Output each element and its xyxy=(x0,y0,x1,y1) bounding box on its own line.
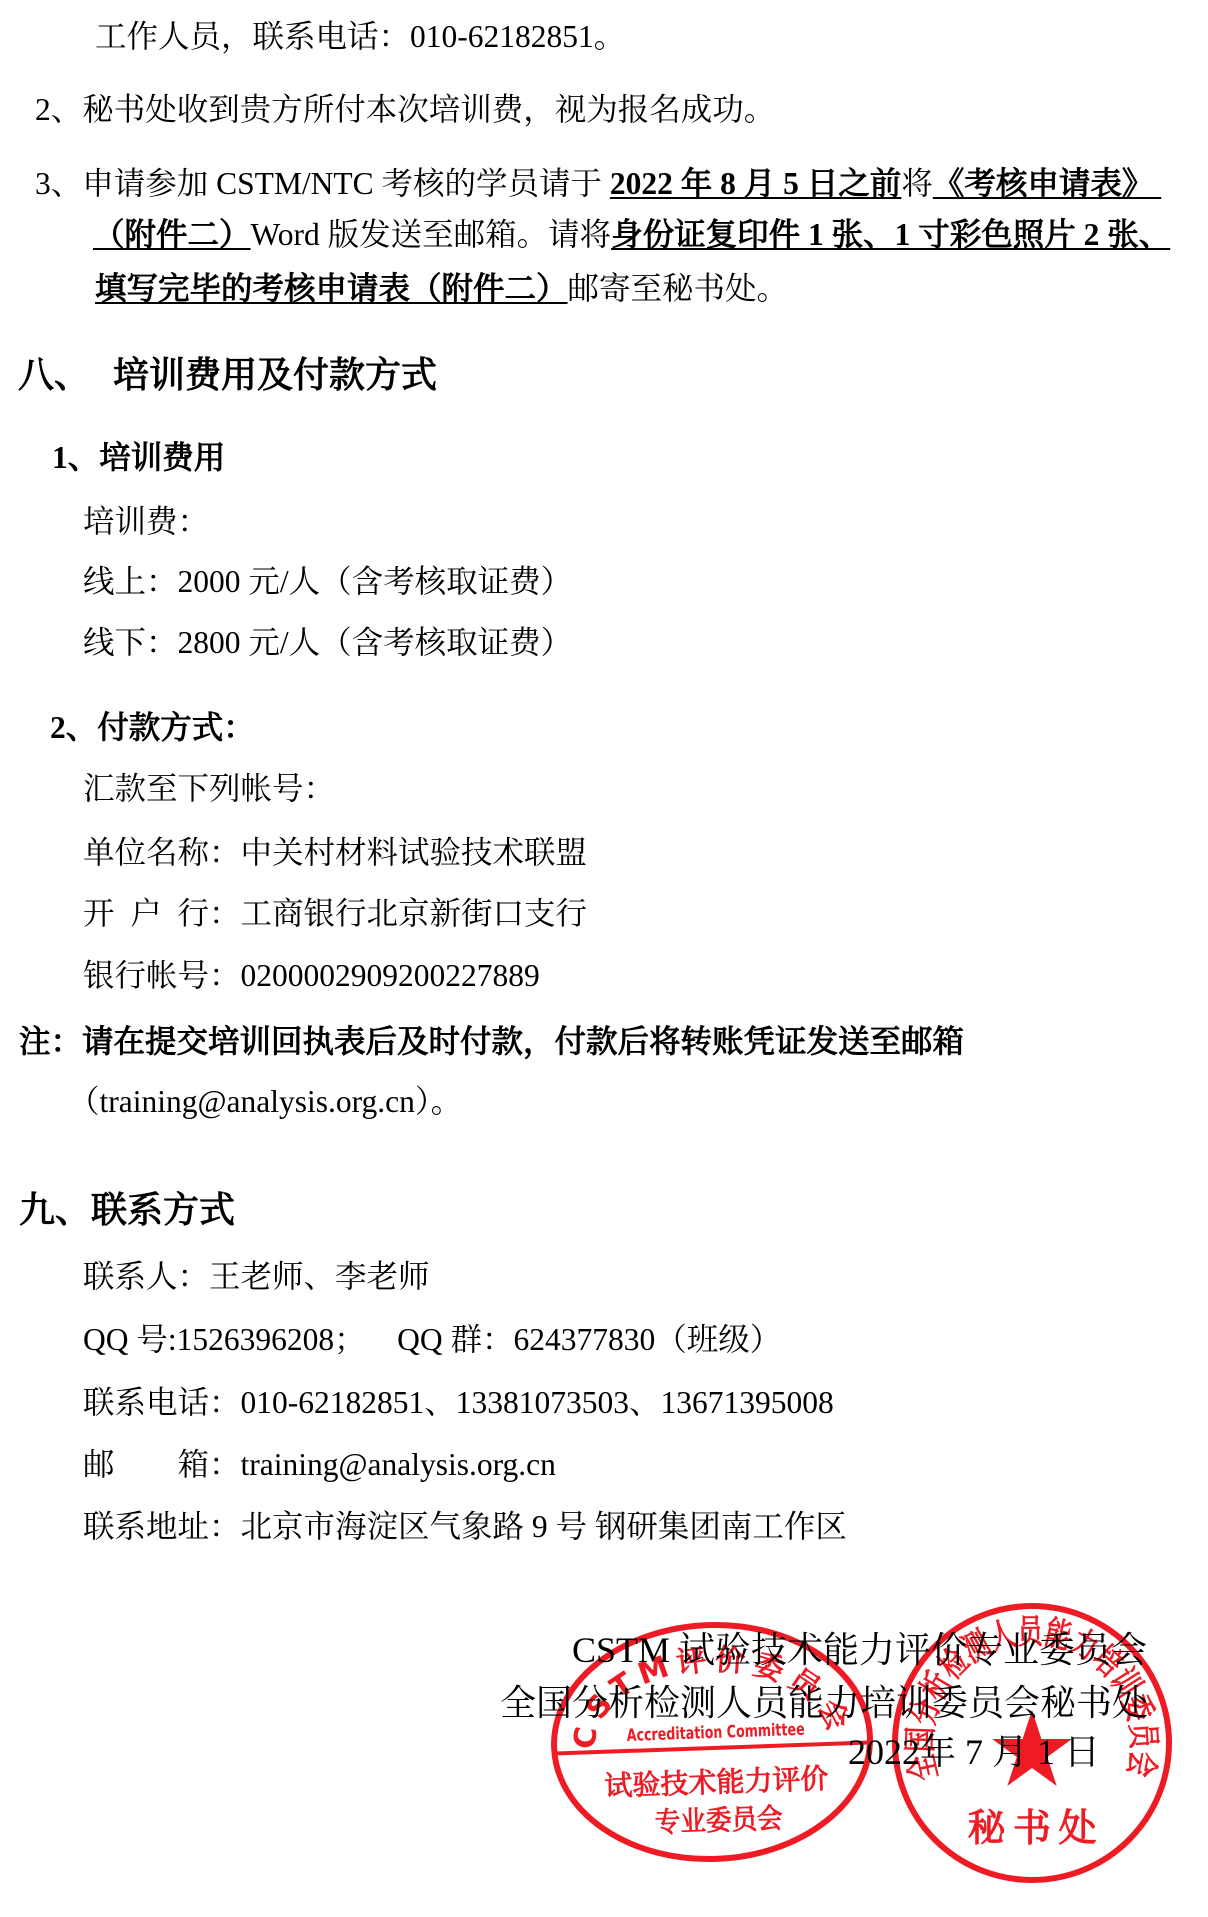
payee-name-row: 单位名称：中关村材料试验技术联盟 xyxy=(83,833,587,873)
field-value: 010-62182851、13381073503、13671395008 xyxy=(241,1385,834,1420)
bank-branch-row: 开 户 行：工商银行北京新街口支行 xyxy=(83,894,587,934)
phone-row: 联系电话：010-62182851、13381073503、1367139500… xyxy=(83,1383,834,1423)
item1-continuation: 工作人员，联系电话：010-62182851。 xyxy=(95,17,625,57)
form-emphasis: 填写完毕的考核申请表（附件二） xyxy=(95,271,568,306)
fees-label: 培训费： xyxy=(83,502,209,542)
section-title: 培训费用及付款方式 xyxy=(113,355,437,395)
payment-intro-text: 汇款至下列帐号： xyxy=(83,771,335,806)
section-number: 九、 xyxy=(19,1190,91,1230)
stamp-right-center-text: 秘书处 xyxy=(968,1806,1097,1850)
fees-label-text: 培训费： xyxy=(83,504,209,539)
payment-note-email-text: （training@analysis.org.cn）。 xyxy=(68,1084,462,1119)
qq-label: QQ 号: xyxy=(83,1322,177,1357)
email-row: 邮 箱：training@analysis.org.cn xyxy=(83,1445,556,1485)
field-label: 开 户 行： xyxy=(83,896,241,931)
field-value: training@analysis.org.cn xyxy=(241,1447,556,1482)
payment-note-email: （training@analysis.org.cn）。 xyxy=(68,1082,462,1122)
field-label: 邮 箱： xyxy=(83,1447,241,1482)
registration-item-2: 2、秘书处收到贵方所付本次培训费，视为报名成功。 xyxy=(35,90,775,130)
field-label: 联系地址： xyxy=(83,1509,241,1544)
field-label: 联系电话： xyxy=(83,1385,241,1420)
signature-org-2: 全国分析检测人员能力培训委员会秘书处 xyxy=(500,1680,1148,1726)
qq-group-label: QQ 群： xyxy=(397,1322,513,1357)
signature-org-2-text: 全国分析检测人员能力培训委员会秘书处 xyxy=(500,1683,1148,1723)
fee-online: 线上：2000 元/人（含考核取证费） xyxy=(83,562,572,602)
item3-text: 将 xyxy=(901,166,933,201)
attachment-emphasis: （附件二） xyxy=(93,217,251,252)
contact-person-row: 联系人：王老师、李老师 xyxy=(83,1257,430,1297)
section-8-heading: 八、培训费用及付款方式 xyxy=(18,352,437,398)
fee-price: 2000 元/人（含考核取证费） xyxy=(178,564,573,599)
field-label: 单位名称： xyxy=(83,835,241,870)
fees-subheading-text: 1、培训费用 xyxy=(52,440,225,475)
address-row: 联系地址：北京市海淀区气象路 9 号 钢研集团南工作区 xyxy=(83,1507,847,1547)
registration-item-3-line-2: （附件二）Word 版发送至邮箱。请将身份证复印件 1 张、1 寸彩色照片 2 … xyxy=(93,215,1170,255)
fee-mode: 线下： xyxy=(83,625,178,660)
fees-subheading: 1、培训费用 xyxy=(52,438,225,478)
signature-org-1: CSTM 试验技术能力评价专业委员会 xyxy=(572,1627,1147,1673)
signature-date-text: 2022年 7 月 1 日 xyxy=(848,1732,1100,1772)
registration-item-3-line-3: 填写完毕的考核申请表（附件二）邮寄至秘书处。 xyxy=(95,269,788,309)
item3-text: 3、申请参加 CSTM/NTC 考核的学员请于 xyxy=(35,166,610,201)
section-title: 联系方式 xyxy=(91,1190,235,1230)
field-value: 中关村材料试验技术联盟 xyxy=(241,835,588,870)
bank-account-row: 银行帐号：0200002909200227889 xyxy=(83,956,540,996)
fee-offline: 线下：2800 元/人（含考核取证费） xyxy=(83,623,572,663)
registration-item-3-line-1: 3、申请参加 CSTM/NTC 考核的学员请于 2022 年 8 月 5 日之前… xyxy=(35,164,1161,204)
qq-row: QQ 号:1526396208；QQ 群：624377830（班级） xyxy=(83,1320,781,1360)
qq-number: 1526396208； xyxy=(177,1322,366,1357)
field-value: 王老师、李老师 xyxy=(209,1259,430,1294)
signature-date: 2022年 7 月 1 日 xyxy=(848,1729,1100,1775)
document-page: 工作人员，联系电话：010-62182851。 2、秘书处收到贵方所付本次培训费… xyxy=(0,0,1208,1917)
payment-note-text: 注：请在提交培训回执表后及时付款，付款后将转账凭证发送至邮箱 xyxy=(19,1024,964,1059)
payment-note: 注：请在提交培训回执表后及时付款，付款后将转账凭证发送至邮箱 xyxy=(19,1022,964,1062)
section-number: 八、 xyxy=(18,355,90,395)
field-value: 工商银行北京新街口支行 xyxy=(241,896,588,931)
stamp-left-line1: 试验技术能力评价 xyxy=(604,1762,829,1803)
documents-emphasis: 身份证复印件 1 张、1 寸彩色照片 2 张、 xyxy=(611,217,1170,252)
fee-mode: 线上： xyxy=(83,564,178,599)
field-value: 北京市海淀区气象路 9 号 钢研集团南工作区 xyxy=(241,1509,847,1544)
payment-subheading-text: 2、付款方式： xyxy=(50,710,255,745)
fee-price: 2800 元/人（含考核取证费） xyxy=(178,625,573,660)
section-9-heading: 九、联系方式 xyxy=(19,1187,235,1233)
item3-text: 邮寄至秘书处。 xyxy=(568,271,789,306)
payment-subheading: 2、付款方式： xyxy=(50,708,255,748)
payment-intro: 汇款至下列帐号： xyxy=(83,769,335,809)
item3-text: Word 版发送至邮箱。请将 xyxy=(251,217,612,252)
form-name-emphasis: 《考核申请表》 xyxy=(933,166,1161,201)
item1-continuation-text: 工作人员，联系电话：010-62182851。 xyxy=(95,19,625,54)
stamp-left-divider xyxy=(555,1743,869,1754)
stamp-left-line2: 专业委员会 xyxy=(654,1802,783,1839)
signature-org-1-text: CSTM 试验技术能力评价专业委员会 xyxy=(572,1630,1147,1670)
field-value: 0200002909200227889 xyxy=(241,958,540,993)
qq-group-number: 624377830（班级） xyxy=(514,1322,782,1357)
field-label: 联系人： xyxy=(83,1259,209,1294)
deadline-emphasis: 2022 年 8 月 5 日之前 xyxy=(610,166,901,201)
item2-text: 2、秘书处收到贵方所付本次培训费，视为报名成功。 xyxy=(35,92,775,127)
field-label: 银行帐号： xyxy=(83,958,241,993)
